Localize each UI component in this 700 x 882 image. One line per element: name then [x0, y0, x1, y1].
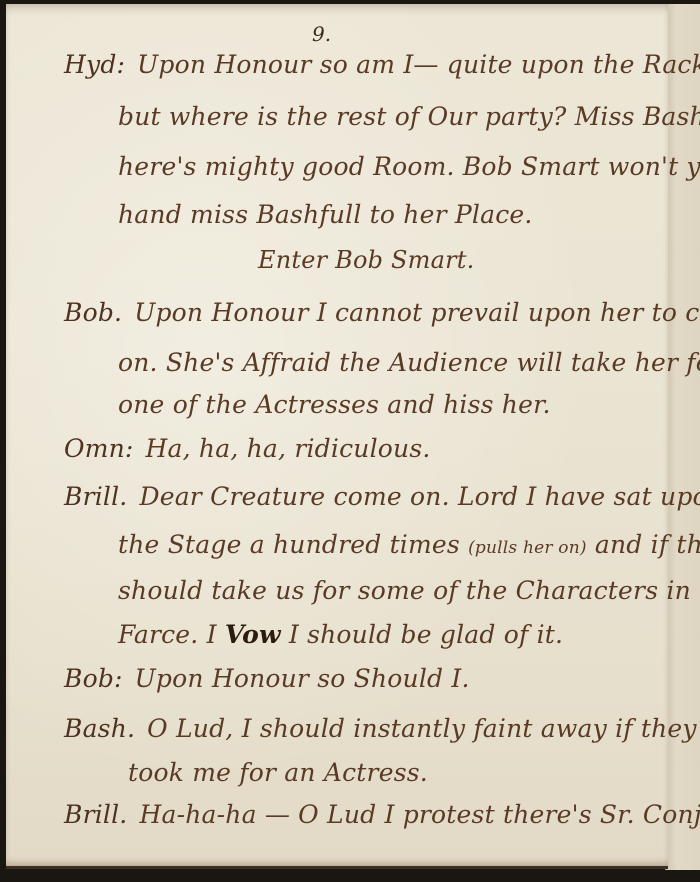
script-line: Farce. I Vow I should be glad of it. — [118, 620, 563, 649]
speaker-label: Brill. — [64, 800, 127, 829]
line-text: I should be glad of it. — [281, 620, 563, 649]
speaker-label: Hyd: — [64, 50, 125, 79]
script-line: on. She's Affraid the Audience will take… — [118, 348, 700, 377]
script-line: Hyd:Upon Honour so am I— quite upon the … — [64, 50, 700, 79]
stage-aside: (pulls her on) — [468, 538, 587, 558]
line-text: but where is the rest of Our party? Miss… — [118, 102, 700, 131]
script-line: Omn:Ha, ha, ha, ridiculous. — [64, 434, 431, 463]
line-text: O Lud, I should instantly faint away if … — [147, 714, 697, 743]
line-text: took me for an Actress. — [128, 758, 428, 787]
script-line: Bob:Upon Honour so Should I. — [64, 664, 470, 693]
speaker-label: Brill. — [64, 482, 127, 511]
line-text: Enter Bob Smart. — [258, 246, 474, 274]
line-text: Ha, ha, ha, ridiculous. — [146, 434, 431, 463]
speaker-label: Bob: — [64, 664, 123, 693]
line-text: one of the Actresses and hiss her. — [118, 390, 551, 419]
script-line: but where is the rest of Our party? Miss… — [118, 102, 700, 131]
speaker-label: Bob. — [64, 298, 122, 327]
stage-direction: Enter Bob Smart. — [258, 246, 474, 274]
script-line: the Stage a hundred times (pulls her on)… — [118, 530, 700, 559]
script-line: Brill.Dear Creature come on. Lord I have… — [64, 482, 700, 511]
line-text: hand miss Bashfull to her Place. — [118, 200, 533, 229]
line-text: here's mighty good Room. Bob Smart won't… — [118, 152, 700, 181]
line-text: Upon Honour so Should I. — [135, 664, 470, 693]
speaker-label: Bash. — [64, 714, 135, 743]
line-text: should take us for some of the Character… — [118, 576, 700, 605]
line-text: Farce. I — [118, 620, 225, 649]
script-line: took me for an Actress. — [128, 758, 428, 787]
page-number: 9. — [312, 22, 331, 46]
line-text: on. She's Affraid the Audience will take… — [118, 348, 700, 377]
line-text: and if they — [587, 530, 700, 559]
overwritten-word: Vow — [225, 620, 281, 649]
line-text: Ha-ha-ha — O Lud I protest there's Sr. C… — [139, 800, 700, 829]
line-text: Dear Creature come on. Lord I have sat u… — [139, 482, 700, 511]
script-line: one of the Actresses and hiss her. — [118, 390, 551, 419]
script-line: should take us for some of the Character… — [118, 576, 700, 605]
script-line: hand miss Bashfull to her Place. — [118, 200, 533, 229]
manuscript-scan: 9. Hyd:Upon Honour so am I— quite upon t… — [0, 0, 700, 882]
manuscript-page: 9. Hyd:Upon Honour so am I— quite upon t… — [6, 4, 668, 869]
script-line: here's mighty good Room. Bob Smart won't… — [118, 152, 700, 181]
line-text: Upon Honour I cannot prevail upon her to… — [134, 298, 700, 327]
line-text: Upon Honour so am I— quite upon the Rack — [137, 50, 700, 79]
script-line: Bash.O Lud, I should instantly faint awa… — [64, 714, 697, 743]
speaker-label: Omn: — [64, 434, 134, 463]
line-text: the Stage a hundred times — [118, 530, 468, 559]
script-line: Brill.Ha-ha-ha — O Lud I protest there's… — [64, 800, 700, 829]
script-line: Bob.Upon Honour I cannot prevail upon he… — [64, 298, 700, 327]
